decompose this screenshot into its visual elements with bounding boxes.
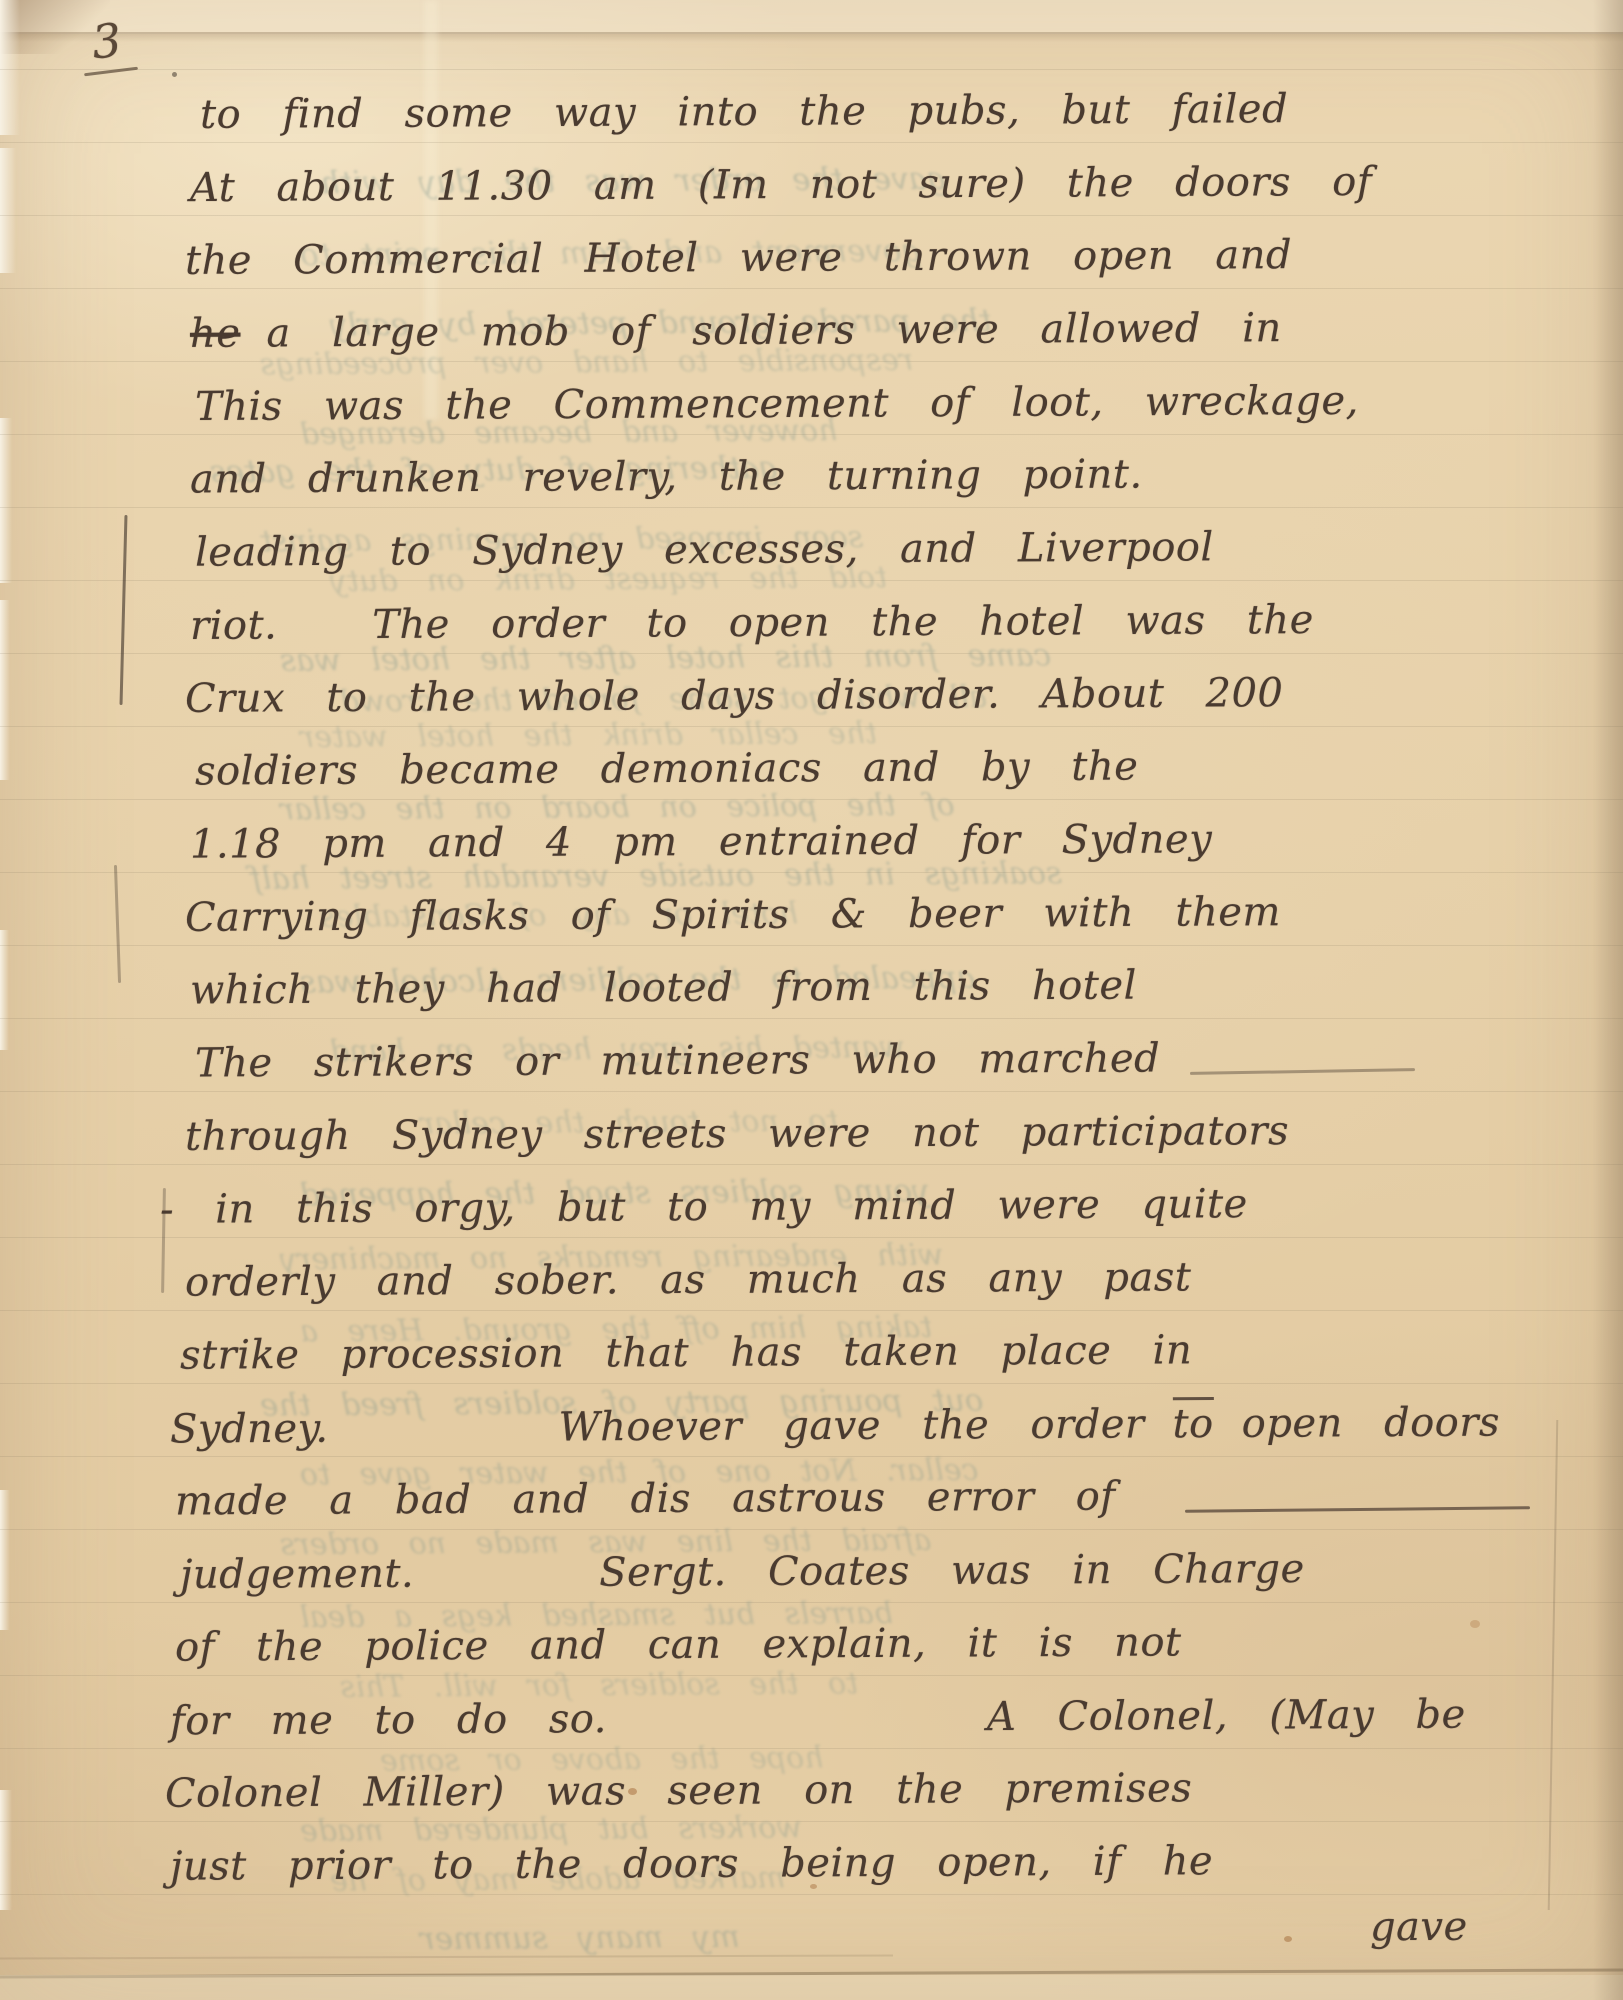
ruled-line: [0, 1748, 1623, 1749]
manuscript-page: gave the order was the day withgoverment…: [0, 0, 1623, 2000]
handwriting-line: hea large mob of soldiers were allowed i…: [190, 306, 1282, 356]
ruled-line: [0, 1456, 1623, 1457]
line-text: The order to open the hotel was the: [372, 597, 1314, 648]
paper-left-edge: [0, 1490, 10, 1630]
margin-mark: [114, 865, 121, 983]
ruled-line: [0, 872, 1623, 873]
handwriting-line: for me to do so.A Colonel, (May be: [170, 1693, 1466, 1744]
bleedthrough-text: my many summer: [420, 1919, 740, 1957]
handwriting-line: of the police and can explain, it is not: [175, 1620, 1182, 1669]
handwriting-line: gave: [1370, 1905, 1468, 1950]
ruled-line: [0, 361, 1623, 362]
handwriting-line: judgement.Sergt. Coates was in Charge: [180, 1547, 1305, 1597]
paper-left-edge: [0, 930, 9, 1050]
paper-top-fold-shadow: [0, 34, 1623, 42]
line-text: a large mob of soldiers were allowed in: [266, 305, 1282, 356]
paper-left-edge: [0, 0, 20, 135]
ruled-line: [0, 142, 1623, 143]
paper-left-edge: [0, 148, 16, 273]
paper-right-shadow: [1593, 0, 1623, 2000]
ruled-line: [0, 1821, 1623, 1822]
handwriting-line: The strikers or mutineers who marched: [195, 1036, 1160, 1085]
paper-left-edge: [0, 1790, 12, 1910]
line-text: riot.: [190, 602, 278, 648]
line-text: open doors: [1242, 1400, 1501, 1447]
paper-left-edge: [0, 600, 10, 780]
ruled-line: [0, 653, 1623, 654]
handwriting-line: strike procession that has taken place i…: [180, 1328, 1192, 1377]
handwriting-line: This was the Commencement of loot, wreck…: [195, 379, 1359, 429]
ruled-line: [0, 288, 1623, 289]
ruled-line: [0, 726, 1623, 727]
underlying-sheet-edge: [1548, 1420, 1559, 1910]
foxing-spot: [1284, 1936, 1292, 1942]
handwriting-line: Colonel Miller) was seen on the premises: [165, 1766, 1192, 1815]
handwriting-line: the Commercial Hotel were thrown open an…: [185, 233, 1292, 283]
handwriting-line: to find some way into the pubs, but fail…: [200, 87, 1288, 137]
handwriting-line: orderly and sober. as much as any past: [185, 1255, 1192, 1304]
page-number: 3: [89, 13, 124, 70]
ruled-line: [0, 945, 1623, 946]
handwriting-line: soldiers became demoniacs and by the: [195, 745, 1139, 794]
ruled-line: [0, 215, 1623, 216]
paper-top-fold: [0, 0, 1623, 34]
handwriting-line: leading to Sydney excesses, and Liverpoo…: [195, 525, 1214, 574]
overlined-word: to: [1172, 1397, 1213, 1447]
handwriting-line: At about 11.30 am (Im not sure) the door…: [190, 160, 1372, 210]
trailing-rule-stroke: [1185, 1506, 1530, 1512]
ruled-line: [0, 1091, 1623, 1092]
handwriting-line: Carrying flasks of Spirits & beer with t…: [185, 890, 1281, 940]
handwriting-line: which they had looted from this hotel: [190, 964, 1137, 1013]
ruled-line: [0, 1602, 1623, 1603]
ruled-line: [0, 1310, 1623, 1311]
handwriting-line: Sydney.Whoever gave the ordertoopen door…: [170, 1401, 1500, 1452]
paper-bottom-crease-faint: [0, 1954, 893, 1959]
ruled-line: [0, 1529, 1623, 1530]
line-text: Whoever gave the order: [558, 1401, 1144, 1450]
ruled-line: [0, 1894, 1623, 1895]
ruled-line: [0, 69, 1623, 70]
ruled-line: [0, 799, 1623, 800]
ruled-line: [0, 1164, 1623, 1165]
ruled-line: [0, 580, 1623, 581]
line-text: for me to do so.: [170, 1696, 607, 1744]
struck-word: he: [190, 311, 241, 357]
paper-vertical-fold: [424, 0, 438, 420]
flourish-stroke: [1190, 1068, 1415, 1074]
handwriting-line: through Sydney streets were not particip…: [185, 1109, 1289, 1159]
ruled-line: [0, 1018, 1623, 1019]
ink-speck: [172, 72, 177, 77]
ruled-line: [0, 1675, 1623, 1676]
handwriting-line: and drunken revelry, the turning point.: [190, 453, 1143, 502]
ruled-line: [0, 1237, 1623, 1238]
paper-left-edge: [0, 418, 12, 583]
handwriting-line: riot.The order to open the hotel was the: [190, 598, 1314, 648]
line-text: judgement.: [180, 1551, 414, 1598]
foxing-spot: [1470, 1620, 1480, 1628]
line-text: Sydney.: [170, 1406, 329, 1453]
line-text: Sergt. Coates was in Charge: [599, 1546, 1305, 1596]
ruled-line: [0, 507, 1623, 508]
handwriting-line: Crux to the whole days disorder. About 2…: [185, 671, 1284, 721]
handwriting-line: just prior to the doors being open, if h…: [170, 1839, 1213, 1888]
margin-mark: [120, 515, 128, 705]
line-text: A Colonel, (May be: [987, 1692, 1466, 1741]
ruled-line: [0, 434, 1623, 435]
ruled-line: [0, 1383, 1623, 1384]
paper-bottom-edge: [0, 1975, 1623, 2000]
handwriting-line: 1.18 pm and 4 pm entrained for Sydney: [190, 817, 1212, 866]
handwriting-line: - in this orgy, but to my mind were quit…: [160, 1182, 1248, 1232]
handwriting-line: made a bad and dis astrous error of: [175, 1475, 1116, 1524]
